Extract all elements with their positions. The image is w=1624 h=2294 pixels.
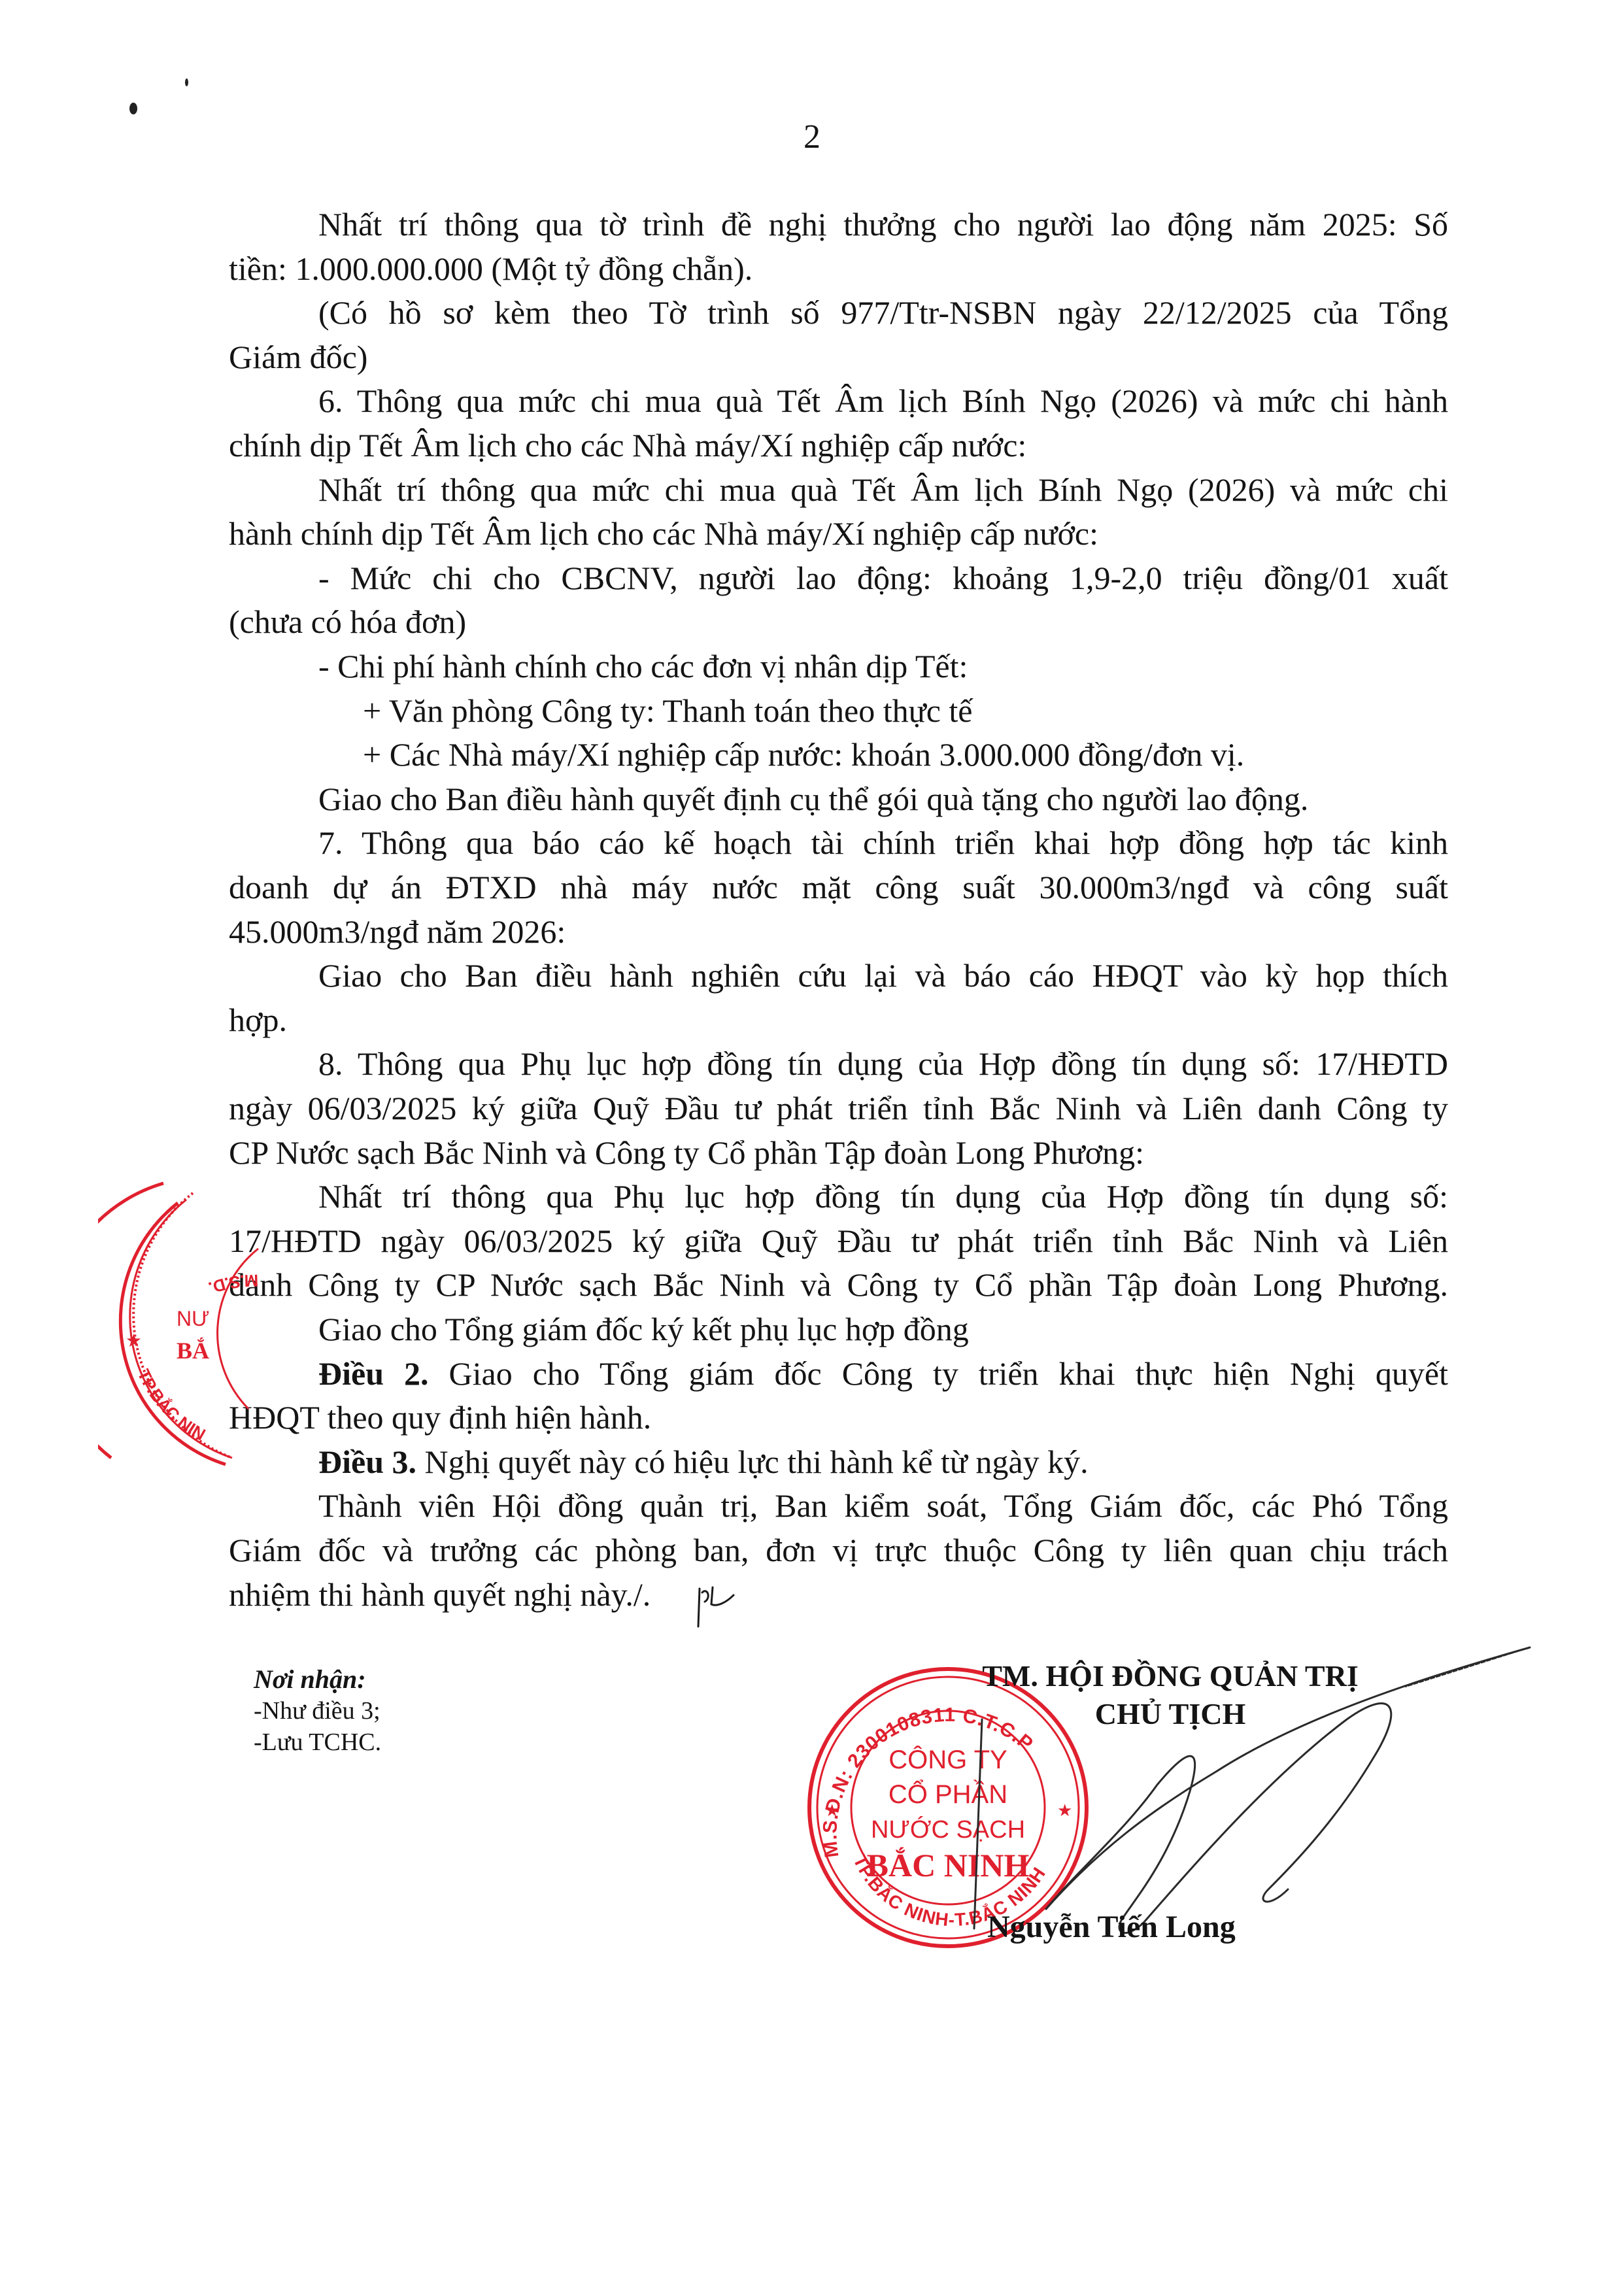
- signer-name: Nguyễn Tiến Long: [987, 1909, 1236, 1945]
- stamp-edge-bottom-arc: TP.BẮC NIN: [133, 1366, 209, 1445]
- body-line: Giám đốc): [229, 337, 1448, 377]
- body-line: doanh dự án ĐTXD nhà máy nước mặt công s…: [229, 868, 1448, 907]
- svg-text:★: ★: [126, 1331, 142, 1351]
- scan-artifact: [185, 78, 188, 86]
- body-line: Điều 2. Giao cho Tổng giám đốc Công ty t…: [318, 1354, 1448, 1393]
- svg-text:TP.BẮC NIN: TP.BẮC NIN: [133, 1366, 209, 1445]
- handwritten-initials-icon: [693, 1581, 745, 1633]
- article-label: Điều 3.: [318, 1443, 416, 1480]
- body-line: chính dịp Tết Âm lịch cho các Nhà máy/Xí…: [229, 426, 1448, 465]
- recipient-item: -Lưu TCHC.: [254, 1727, 381, 1758]
- body-line: nhiệm thi hành quyết nghị này./.: [229, 1575, 1448, 1614]
- body-line: - Mức chi cho CBCNV, người lao động: kho…: [318, 558, 1448, 598]
- body-line: 45.000m3/ngđ năm 2026:: [229, 912, 1448, 951]
- body-line: hành chính dịp Tết Âm lịch cho các Nhà m…: [229, 514, 1448, 553]
- body-line: Điều 3. Nghị quyết này có hiệu lực thi h…: [318, 1442, 1448, 1481]
- body-line: Giao cho Ban điều hành nghiên cứu lại và…: [318, 956, 1448, 995]
- body-line: hợp.: [229, 1000, 1448, 1039]
- body-line: Nhất trí thông qua tờ trình đề nghị thưở…: [318, 205, 1448, 244]
- body-line: - Chi phí hành chính cho các đơn vị nhân…: [318, 647, 1448, 686]
- body-line: Giám đốc và trưởng các phòng ban, đơn vị…: [229, 1530, 1448, 1570]
- recipient-item: -Như điều 3;: [254, 1695, 381, 1727]
- scan-artifact: [129, 103, 137, 114]
- svg-text:★: ★: [824, 1801, 839, 1820]
- body-line: 17/HĐTD ngày 06/03/2025 ký giữa Quỹ Đầu …: [229, 1221, 1448, 1260]
- body-line: ngày 06/03/2025 ký giữa Quỹ Đầu tư phát …: [229, 1088, 1448, 1128]
- body-line: Nhất trí thông qua mức chi mua quà Tết Â…: [318, 470, 1448, 509]
- body-line: + Văn phòng Công ty: Thanh toán theo thự…: [363, 691, 1448, 730]
- body-line: 7. Thông qua báo cáo kế hoạch tài chính …: [318, 823, 1448, 862]
- body-line: (chưa có hóa đơn): [229, 602, 1448, 641]
- body-line: Nhất trí thông qua Phụ lục hợp đồng tín …: [318, 1177, 1448, 1216]
- body-line: CP Nước sạch Bắc Ninh và Công ty Cổ phần…: [229, 1133, 1448, 1172]
- document-page: 2 Nhất trí thông qua tờ trình đề nghị th…: [0, 0, 1624, 2294]
- page-number: 2: [0, 118, 1624, 156]
- body-line: 6. Thông qua mức chi mua quà Tết Âm lịch…: [318, 381, 1448, 420]
- body-line: Thành viên Hội đồng quản trị, Ban kiểm s…: [318, 1486, 1448, 1525]
- article-label: Điều 2.: [318, 1355, 429, 1392]
- body-line: Giao cho Ban điều hành quyết định cụ thể…: [318, 779, 1448, 818]
- body-line: HĐQT theo quy định hiện hành.: [229, 1398, 1448, 1437]
- stamp-edge-line-1: NƯ: [177, 1307, 209, 1330]
- body-line: danh Công ty CP Nước sạch Bắc Ninh và Cô…: [229, 1265, 1448, 1304]
- body-line: tiền: 1.000.000.000 (Một tỷ đồng chẵn).: [229, 249, 1448, 288]
- body-line: Giao cho Tổng giám đốc ký kết phụ lục hợ…: [318, 1309, 1448, 1349]
- body-line: 8. Thông qua Phụ lục hợp đồng tín dụng c…: [318, 1044, 1448, 1083]
- body-line: (Có hồ sơ kèm theo Tờ trình số 977/Ttr-N…: [318, 293, 1448, 332]
- article-text: Nghị quyết này có hiệu lực thi hành kể t…: [416, 1443, 1089, 1480]
- article-text: Giao cho Tổng giám đốc Công ty triển kha…: [429, 1355, 1449, 1392]
- recipients-block: Nơi nhận: -Như điều 3; -Lưu TCHC.: [254, 1664, 381, 1758]
- stamp-edge-line-2: BẮ: [177, 1338, 209, 1364]
- recipients-title: Nơi nhận:: [254, 1664, 381, 1695]
- body-line: + Các Nhà máy/Xí nghiệp cấp nước: khoán …: [363, 735, 1448, 774]
